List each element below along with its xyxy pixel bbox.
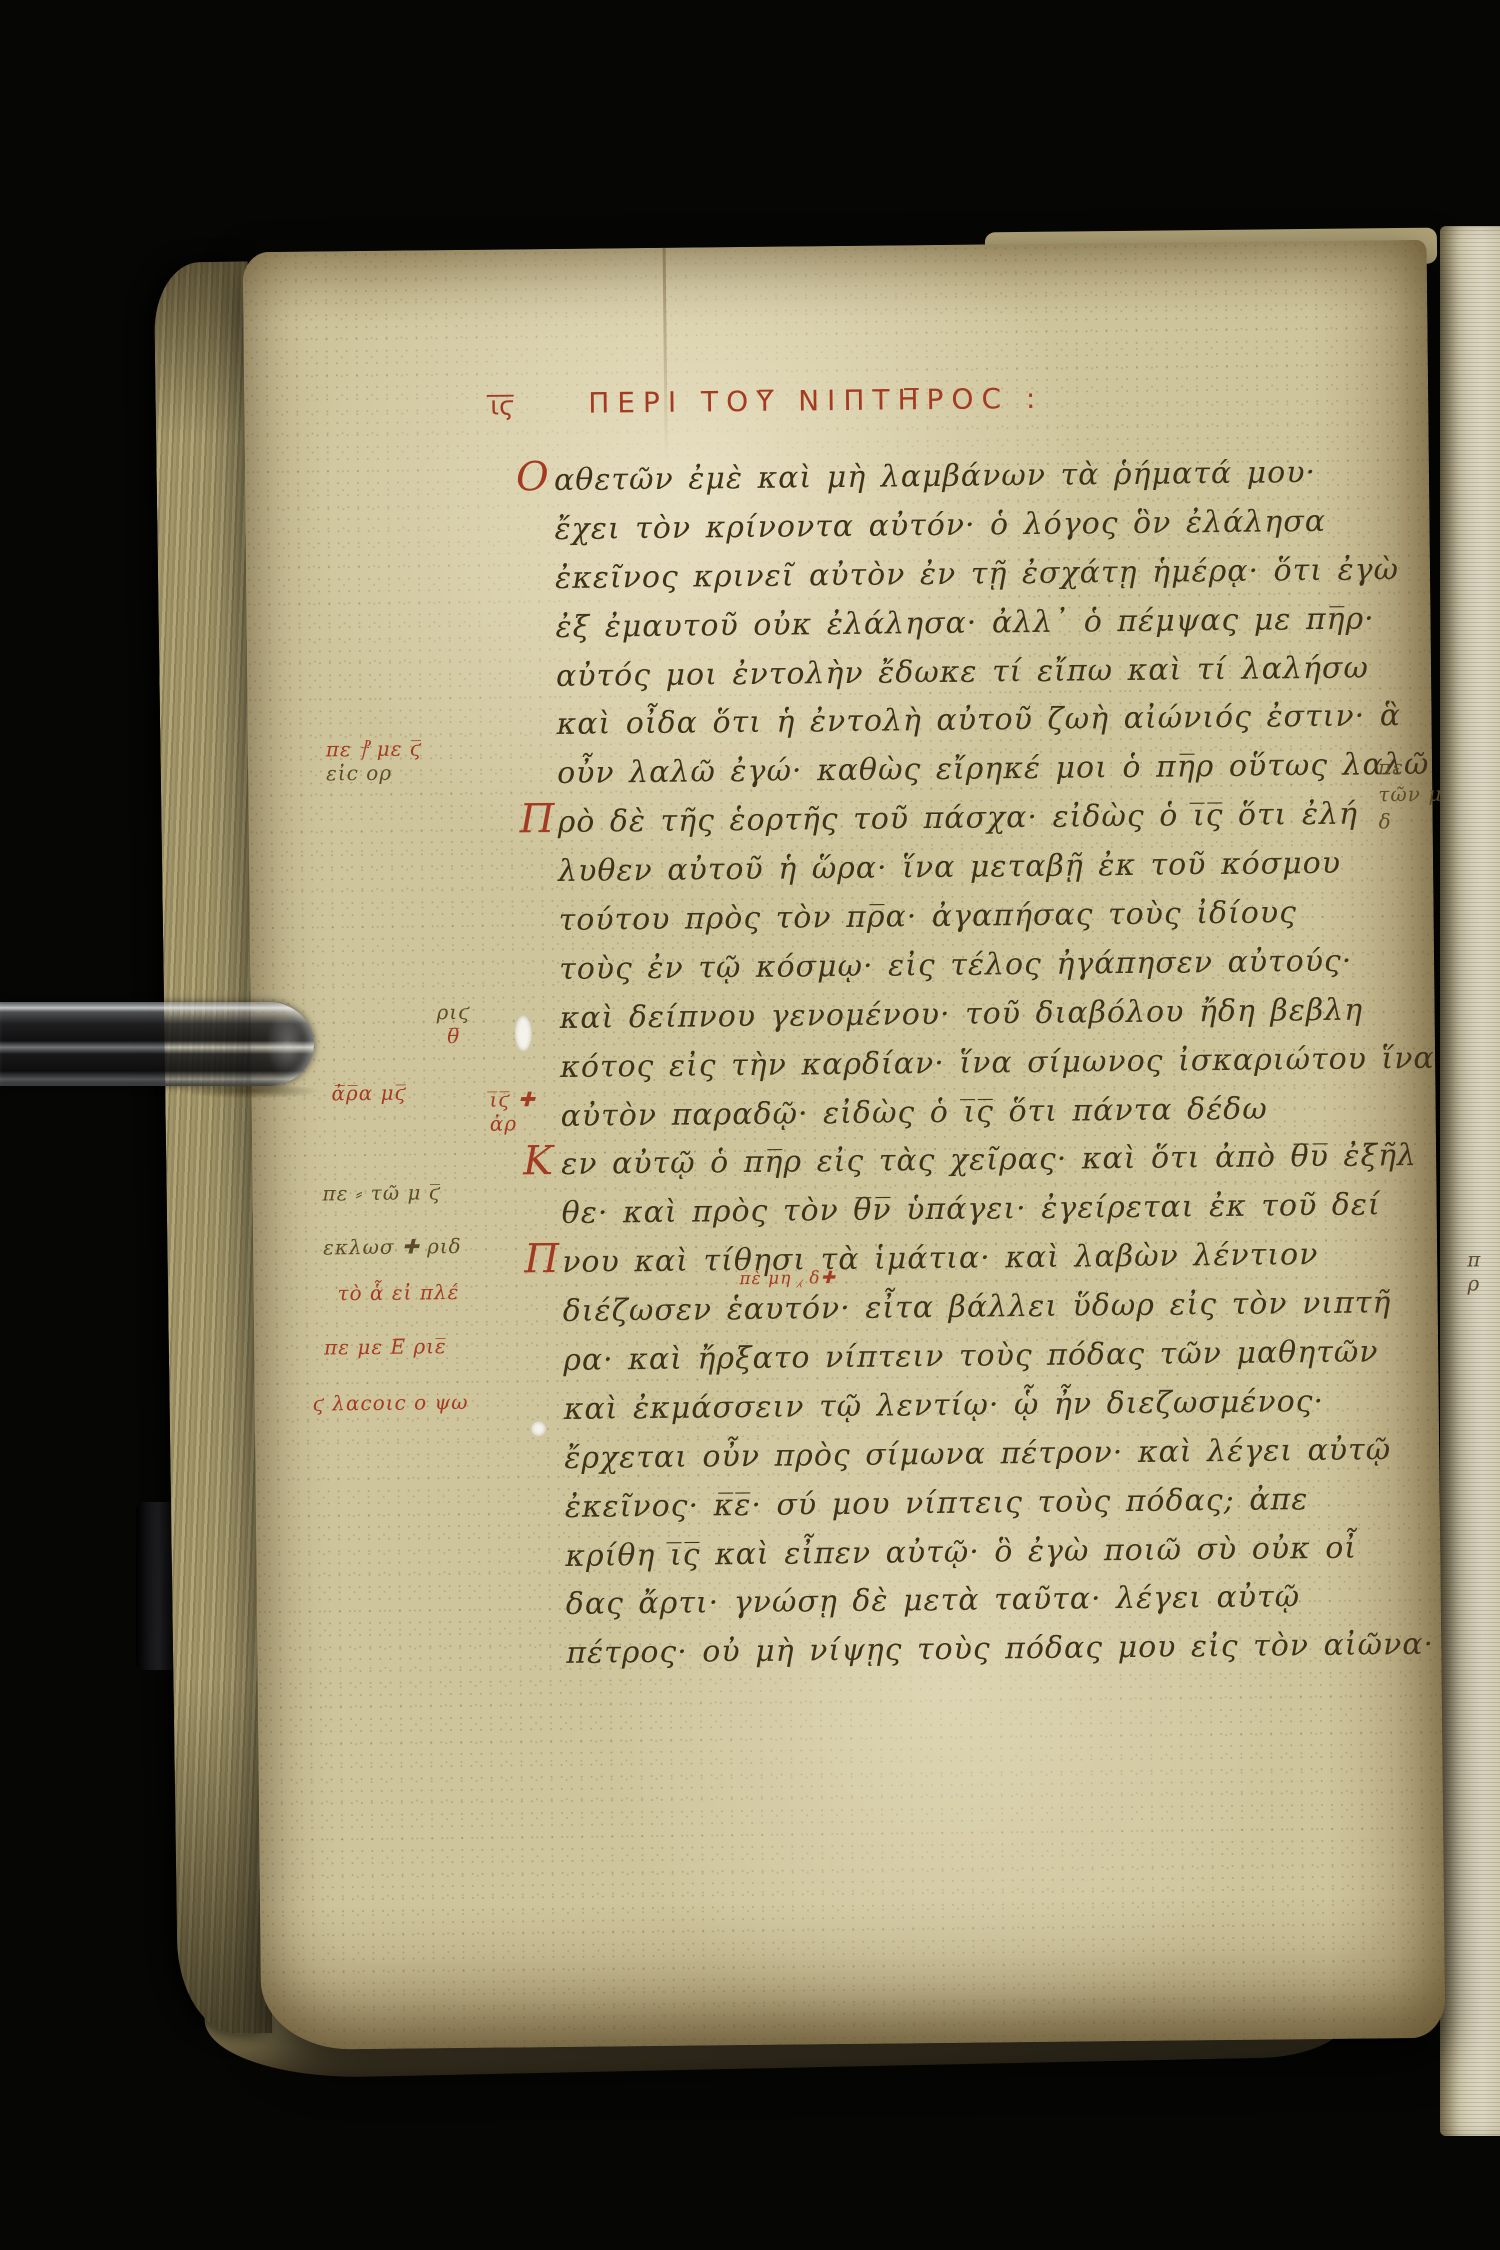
line-text: διέζωσεν ἑαυτόν· εἶτα βάλλει ὕδωρ εἰς τὸ… bbox=[563, 1285, 1392, 1329]
glass-page-weight-rod bbox=[0, 1002, 314, 1086]
rubric-initial: Ο bbox=[516, 457, 549, 497]
rubric-initial: Π bbox=[524, 1239, 559, 1279]
text-line: Πρὸ δὲ τῆς ἑορτῆς τοῦ πάσχα· εἰδὼς ὁ ι̅ς… bbox=[557, 796, 1417, 854]
text-line: οὖν λαλῶ ἐγώ· καθὼς εἴρηκέ μοι ὁ πη̅ρ οὕ… bbox=[557, 747, 1417, 805]
margin-note-line: εἰϲ ορ bbox=[326, 760, 422, 785]
line-text: λυθεν αὐτοῦ ἡ ὥρα· ἵνα μεταβῇ ἐκ τοῦ κόσ… bbox=[558, 846, 1341, 889]
margin-note-line: ϛ λαϲοιϲ ο ψω bbox=[313, 1390, 469, 1416]
line-text: θε· καὶ πρὸς τὸν θ̅ν̅ ὑπάγει· ἐγείρεται … bbox=[562, 1188, 1381, 1232]
facing-page-fore-edge bbox=[1440, 226, 1500, 2136]
margin-note-line: ἀρ bbox=[490, 1111, 536, 1135]
text-line: Οαθετῶν ἐμὲ καὶ μὴ λαμβάνων τὰ ῥήματά μο… bbox=[554, 454, 1414, 512]
margin-note-line: πε ⸗ τῶ μ ϛ̅ bbox=[322, 1180, 441, 1205]
margin-note-line: τὸ ἇ εἰ πλέ bbox=[337, 1280, 459, 1305]
line-text: ἐξ ἐμαυτοῦ οὐκ ἐλάλησα· ἀλλ᾽ ὁ πέμψας με… bbox=[555, 601, 1375, 645]
rubric-initial: Π bbox=[519, 799, 554, 839]
margin-note: πρ bbox=[1467, 1247, 1482, 1295]
margin-note: πετῶν μδ bbox=[1378, 754, 1443, 836]
margin-note: πε ⸗ τῶ μ ϛ̅ bbox=[322, 1180, 441, 1205]
margin-note: πὲ μη ⁁ δ✚ bbox=[739, 1268, 836, 1289]
text-line: θε· καὶ πρὸς τὸν θ̅ν̅ ὑπάγει· ἐγείρεται … bbox=[562, 1187, 1422, 1245]
margin-note-line: πε bbox=[1378, 754, 1442, 782]
margin-note: ι̅ϛ̅ ✚ἀρ bbox=[489, 1087, 536, 1135]
text-line: δας ἄρτι· γνώσῃ δὲ μετὰ ταῦτα· λέγει αὐτ… bbox=[566, 1578, 1426, 1636]
line-text: δας ἄρτι· γνώσῃ δὲ μετὰ ταῦτα· λέγει αὐτ… bbox=[566, 1580, 1301, 1623]
margin-note-line: πε με Ε̅ ριε̅ bbox=[324, 1334, 447, 1359]
margin-note-line: δ bbox=[1379, 808, 1443, 836]
parchment-hole bbox=[515, 1015, 532, 1051]
text-line: καὶ δείπνου γενομένου· τοῦ διαβόλου ἤδη … bbox=[559, 992, 1419, 1050]
text-line: ἔρχεται οὖν πρὸς σίμωνα πέτρον· καὶ λέγε… bbox=[564, 1432, 1424, 1490]
line-text: οὖν λαλῶ ἐγώ· καθὼς εἴρηκέ μοι ὁ πη̅ρ οὕ… bbox=[557, 747, 1430, 791]
line-text: ἔχει τὸν κρίνοντα αὐτόν· ὁ λόγος ὃν ἐλάλ… bbox=[554, 504, 1326, 547]
line-text: ἔρχεται οὖν πρὸς σίμωνα πέτρον· καὶ λέγε… bbox=[564, 1432, 1391, 1476]
text-line: τούτου πρὸς τὸν πρ̅α· ἀγαπήσας τοὺς ἰδίο… bbox=[558, 894, 1418, 952]
parchment-hole bbox=[531, 1421, 546, 1436]
margin-notes: πε ⳨ με ϛ̅εἰϲ ορπετῶν μδριϛθ̅ἀ̅ρ̅α μϛ̅ι̅… bbox=[243, 240, 1427, 252]
text-line: τοὺς ἐν τῷ κόσμῳ· εἰς τέλος ἠγάπησεν αὐτ… bbox=[559, 943, 1419, 1001]
chapter-number: ι̅ϛ̅ bbox=[490, 391, 514, 421]
line-text: ἐκεῖνος· κ̅ε̅· σύ μου νίπτεις τοὺς πόδας… bbox=[565, 1482, 1309, 1525]
margin-note-line: ι̅ϛ̅ ✚ bbox=[489, 1087, 535, 1111]
line-text: καὶ δείπνου γενομένου· τοῦ διαβόλου ἤδη … bbox=[559, 992, 1363, 1035]
text-line: ἐκεῖνος· κ̅ε̅· σύ μου νίπτεις τοὺς πόδας… bbox=[565, 1481, 1425, 1539]
margin-note: εκλωσ ✚ ριδ bbox=[323, 1234, 462, 1259]
margin-note: πε ⳨ με ϛ̅εἰϲ ορ bbox=[326, 736, 423, 785]
margin-note: τὸ ἇ εἰ πλέ bbox=[337, 1280, 459, 1305]
text-line: ἔχει τὸν κρίνοντα αὐτόν· ὁ λόγος ὃν ἐλάλ… bbox=[554, 503, 1414, 561]
margin-note: ριϛθ̅ bbox=[436, 1000, 470, 1048]
rubric-title: ΠΕΡΙ ΤΟΥ̅ ΝΙΠΤΗ̅ΡΟϹ : bbox=[588, 382, 1043, 420]
text-line: πέτρος· οὐ μὴ νίψῃς τοὺς πόδας μου εἰς τ… bbox=[566, 1627, 1426, 1685]
text-line: ἐξ ἐμαυτοῦ οὐκ ἐλάλησα· ἀλλ᾽ ὁ πέμψας με… bbox=[555, 601, 1415, 659]
line-text: τούτου πρὸς τὸν πρ̅α· ἀγαπήσας τοὺς ἰδίο… bbox=[558, 895, 1297, 938]
line-text: αὐτός μοι ἐντολὴν ἔδωκε τί εἴπω καὶ τί λ… bbox=[556, 650, 1369, 694]
margin-note-line: τῶν μ bbox=[1378, 781, 1442, 809]
margin-note-line: πε ⳨ με ϛ̅ bbox=[326, 736, 422, 761]
margin-note-line: θ̅ bbox=[437, 1024, 471, 1048]
parchment-page: ι̅ϛ̅ ΠΕΡΙ ΤΟΥ̅ ΝΙΠΤΗ̅ΡΟϹ : Οαθετῶν ἐμὲ κ… bbox=[243, 240, 1446, 2050]
text-line: ἐκεῖνος κρινεῖ αὐτὸν ἐν τῇ ἐσχάτῃ ἡμέρᾳ·… bbox=[555, 552, 1415, 610]
text-line: διέζωσεν ἑαυτόν· εἶτα βάλλει ὕδωρ εἰς τὸ… bbox=[563, 1285, 1423, 1343]
line-text: ἐκεῖνος κρινεῖ αὐτὸν ἐν τῇ ἐσχάτῃ ἡμέρᾳ·… bbox=[555, 552, 1399, 596]
margin-note-line: ρ bbox=[1467, 1271, 1481, 1295]
line-text: τοὺς ἐν τῷ κόσμῳ· εἰς τέλος ἠγάπησεν αὐτ… bbox=[559, 944, 1353, 987]
line-text: αθετῶν ἐμὲ καὶ μὴ λαμβάνων τὰ ῥήματά μου… bbox=[554, 455, 1316, 498]
line-text: αὐτὸν παραδῷ· εἰδὼς ὁ ι̅ς̅ ὅτι πάντα δέδ… bbox=[560, 1091, 1267, 1133]
margin-note: ϛ λαϲοιϲ ο ψω bbox=[313, 1390, 469, 1416]
photograph-stage: ι̅ϛ̅ ΠΕΡΙ ΤΟΥ̅ ΝΙΠΤΗ̅ΡΟϹ : Οαθετῶν ἐμὲ κ… bbox=[0, 0, 1500, 2250]
line-text: καὶ ἐκμάσσειν τῷ λεντίῳ· ᾧ ἦν διεζωσμένο… bbox=[564, 1384, 1325, 1427]
text-line: κρίθη ι̅ς̅ καὶ εἶπεν αὐτῷ· ὃ ἐγὼ ποιῶ σὺ… bbox=[565, 1530, 1425, 1588]
text-line: αὐτὸν παραδῷ· εἰδὼς ὁ ι̅ς̅ ὅτι πάντα δέδ… bbox=[560, 1090, 1420, 1148]
text-line: καὶ ἐκμάσσειν τῷ λεντίῳ· ᾧ ἦν διεζωσμένο… bbox=[564, 1383, 1424, 1441]
margin-note-line: εκλωσ ✚ ριδ bbox=[323, 1234, 462, 1259]
line-text: καὶ οἶδα ὅτι ἡ ἐντολὴ αὐτοῦ ζωὴ αἰώνιός … bbox=[556, 699, 1401, 743]
parchment-crease bbox=[663, 248, 668, 463]
margin-note-line: ριϛ bbox=[436, 1000, 470, 1024]
line-text: ρὸ δὲ τῆς ἑορτῆς τοῦ πάσχα· εἰδὼς ὁ ι̅ς̅… bbox=[557, 797, 1358, 840]
text-line: λυθεν αὐτοῦ ἡ ὥρα· ἵνα μεταβῇ ἐκ τοῦ κόσ… bbox=[558, 845, 1418, 903]
line-text: κρίθη ι̅ς̅ καὶ εἶπεν αὐτῷ· ὃ ἐγὼ ποιῶ σὺ… bbox=[565, 1530, 1357, 1573]
text-line: Κεν αὐτῷ ὁ πη̅ρ εἰς τὰς χεῖρας· καὶ ὅτι … bbox=[561, 1138, 1421, 1196]
text-line: ρα· καὶ ἤρξατο νίπτειν τοὺς πόδας τῶν μα… bbox=[563, 1334, 1423, 1392]
line-text: ρα· καὶ ἤρξατο νίπτειν τοὺς πόδας τῶν μα… bbox=[563, 1334, 1379, 1378]
line-text: νου καὶ τίθησι τὰ ἱμάτια· καὶ λαβὼν λέντ… bbox=[562, 1237, 1318, 1280]
text-block: Οαθετῶν ἐμὲ καὶ μὴ λαμβάνων τὰ ῥήματά μο… bbox=[554, 454, 1427, 1685]
margin-note: πε με Ε̅ ριε̅ bbox=[324, 1334, 447, 1359]
rubric-initial: Κ bbox=[523, 1142, 553, 1182]
margin-note-line: πὲ μη ⁁ δ✚ bbox=[739, 1268, 836, 1289]
text-line: κότος εἰς τὴν καρδίαν· ἵνα σίμωνος ἰσκαρ… bbox=[560, 1041, 1420, 1099]
margin-note-line: π bbox=[1467, 1247, 1481, 1271]
